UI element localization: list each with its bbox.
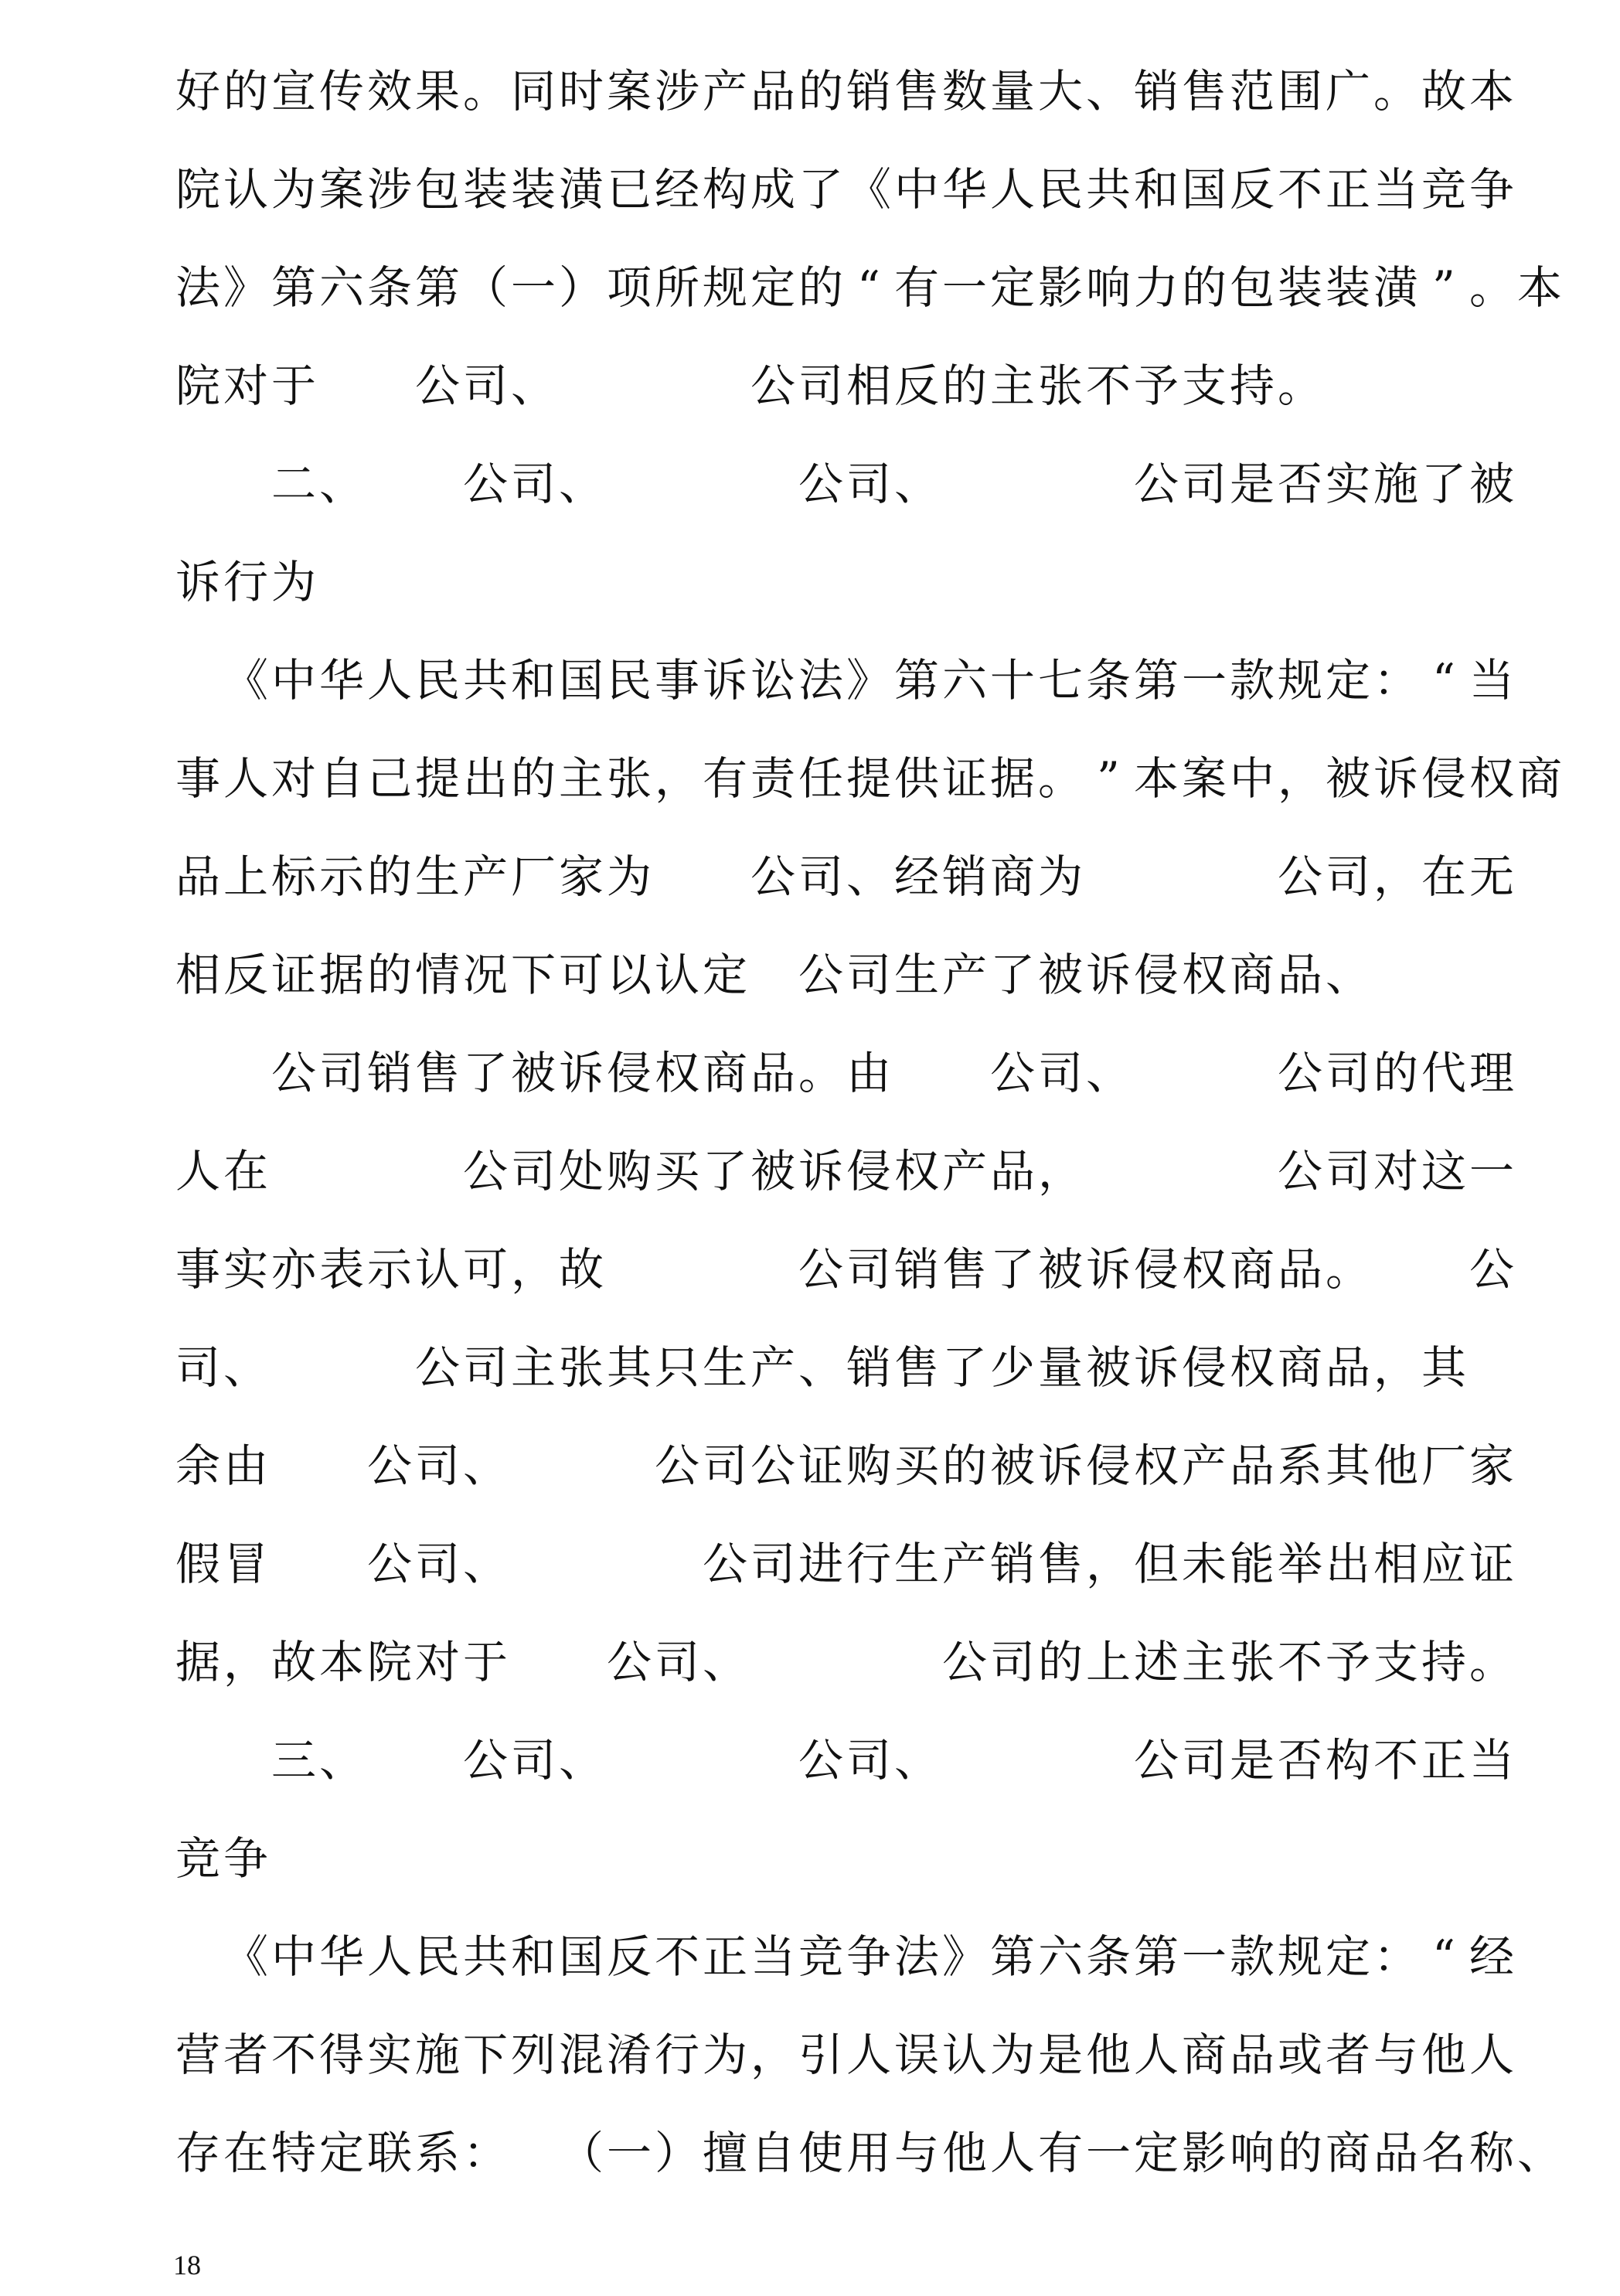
text-line: 品上标示的生产厂家为公司、经销商为公司，在无: [174, 827, 1516, 925]
text-segment: 公司、: [461, 1733, 605, 1787]
text-segment: 公司是否实施了被: [1132, 457, 1516, 511]
redacted-company-name: [605, 457, 797, 511]
text-segment: 公司、: [605, 1635, 749, 1689]
text-segment: 假冒: [174, 1537, 270, 1591]
text-segment: 公司相反的主张不予支持。: [749, 359, 1324, 413]
redacted-company-name: [270, 1439, 366, 1493]
text-segment: 营者不得实施下列混淆行为，引人误认为是他人商品或者与他人: [174, 2028, 1516, 2082]
text-segment: 公司、: [797, 1733, 941, 1787]
text-segment: 二、: [270, 457, 366, 511]
redacted-company-name: [557, 359, 749, 413]
text-line: 存在特定联系： （一）擅自使用与他人有一定影响的商品名称、: [174, 2104, 1516, 2202]
text-segment: 公司销售了被诉侵权商品。: [797, 1242, 1372, 1296]
text-segment: 公司，在无: [1276, 850, 1516, 904]
text-line: 法》第六条第（一）项所规定的“有一定影响力的包装装潢”。本: [174, 238, 1516, 336]
redacted-company-name: [366, 457, 461, 511]
redacted-company-name: [941, 1733, 1132, 1787]
text-segment: 公司的代理: [1276, 1046, 1516, 1100]
redacted-company-name: [653, 850, 749, 904]
text-segment: 公司主张其只生产、销售了少量被诉侵权商品，其: [414, 1340, 1468, 1395]
redacted-company-name: [1372, 1242, 1468, 1296]
text-segment: 公司销售了被诉侵权商品。由: [270, 1046, 893, 1100]
text-line: 人在公司处购买了被诉侵权产品，公司对这一: [174, 1122, 1516, 1220]
text-segment: 公司公证购买的被诉侵权产品系其他厂家: [653, 1439, 1516, 1493]
text-segment: 院对于: [174, 359, 318, 413]
text-segment: 公司、: [461, 457, 605, 511]
text-segment: 公司生产了被诉侵权商品、: [797, 948, 1372, 1002]
paragraph-indent: [174, 653, 222, 707]
text-segment: 相反证据的情况下可以认定: [174, 948, 749, 1002]
redacted-company-name: [893, 1046, 989, 1100]
text-segment: 竞争: [174, 1831, 270, 1886]
redacted-company-name: [318, 359, 414, 413]
text-line: 司、公司主张其只生产、销售了少量被诉侵权商品，其: [174, 1318, 1516, 1416]
text-segment: 公司是否构不正当: [1132, 1733, 1516, 1787]
text-line: 相反证据的情况下可以认定公司生产了被诉侵权商品、: [174, 925, 1516, 1024]
text-segment: 院认为案涉包装装潢已经构成了《中华人民共和国反不正当竞争: [174, 162, 1516, 216]
page-number: 18: [173, 2250, 201, 2281]
redacted-company-name: [749, 948, 797, 1002]
text-segment: 好的宣传效果。同时案涉产品的销售数量大、销售范围广。故本: [174, 64, 1516, 118]
redacted-company-name: [366, 1733, 461, 1787]
redacted-company-name: [1084, 1144, 1276, 1198]
paragraph-indent: [174, 457, 270, 511]
text-segment: 公司、: [989, 1046, 1132, 1100]
text-segment: 公司、经销商为: [749, 850, 1084, 904]
text-line: 余由公司、公司公证购买的被诉侵权产品系其他厂家: [174, 1416, 1516, 1514]
redacted-company-name: [605, 1242, 797, 1296]
redacted-company-name: [941, 457, 1132, 511]
text-line: 事实亦表示认可，故公司销售了被诉侵权商品。公: [174, 1220, 1516, 1318]
text-segment: 公司、: [414, 359, 557, 413]
redacted-company-name: [605, 1733, 797, 1787]
redacted-company-name: [174, 1046, 270, 1100]
text-line: 《中华人民共和国民事诉讼法》第六十七条第一款规定：“当: [174, 631, 1516, 729]
redacted-company-name: [749, 1635, 941, 1689]
text-line: 诉行为: [174, 533, 1516, 631]
redacted-company-name: [270, 1340, 414, 1395]
text-segment: 据，故本院对于: [174, 1635, 509, 1689]
text-line: 公司销售了被诉侵权商品。由公司、公司的代理: [174, 1024, 1516, 1122]
text-segment: 公司的上述主张不予支持。: [941, 1635, 1516, 1689]
text-line: 据，故本院对于公司、公司的上述主张不予支持。: [174, 1613, 1516, 1711]
text-segment: 《中华人民共和国民事诉讼法》第六十七条第一款规定：“当: [222, 653, 1516, 707]
redacted-company-name: [1132, 1046, 1276, 1100]
redacted-company-name: [509, 1439, 653, 1493]
text-segment: 事人对自己提出的主张，有责任提供证据。”本案中，被诉侵权商: [174, 751, 1564, 806]
document-page: 好的宣传效果。同时案涉产品的销售数量大、销售范围广。故本院认为案涉包装装潢已经构…: [0, 0, 1620, 2296]
text-segment: 公司、: [366, 1537, 509, 1591]
text-line: 假冒公司、公司进行生产销售，但未能举出相应证: [174, 1514, 1516, 1613]
text-segment: 公司、: [797, 457, 941, 511]
redacted-company-name: [1084, 850, 1276, 904]
text-segment: 三、: [270, 1733, 366, 1787]
judgment-body-text: 好的宣传效果。同时案涉产品的销售数量大、销售范围广。故本院认为案涉包装装潢已经构…: [174, 42, 1516, 2202]
text-segment: 公司、: [366, 1439, 509, 1493]
redacted-company-name: [270, 1537, 366, 1591]
text-line: 三、公司、公司、公司是否构不正当: [174, 1711, 1516, 1809]
text-segment: 余由: [174, 1439, 270, 1493]
text-line: 营者不得实施下列混淆行为，引人误认为是他人商品或者与他人: [174, 2005, 1516, 2104]
text-segment: 事实亦表示认可，故: [174, 1242, 605, 1296]
redacted-company-name: [509, 1537, 701, 1591]
text-segment: 公司处购买了被诉侵权产品，: [461, 1144, 1084, 1198]
text-line: 院认为案涉包装装潢已经构成了《中华人民共和国反不正当竞争: [174, 140, 1516, 238]
text-segment: 品上标示的生产厂家为: [174, 850, 653, 904]
paragraph-indent: [174, 1930, 222, 1984]
text-line: 《中华人民共和国反不正当竞争法》第六条第一款规定：“经: [174, 1907, 1516, 2005]
paragraph-indent: [174, 1733, 270, 1787]
text-line: 好的宣传效果。同时案涉产品的销售数量大、销售范围广。故本: [174, 42, 1516, 140]
redacted-company-name: [1372, 948, 1468, 1002]
text-segment: 诉行为: [174, 555, 318, 609]
text-segment: 公司对这一: [1276, 1144, 1516, 1198]
text-line: 事人对自己提出的主张，有责任提供证据。”本案中，被诉侵权商: [174, 729, 1516, 827]
text-line: 二、公司、公司、公司是否实施了被: [174, 434, 1516, 533]
text-segment: 《中华人民共和国反不正当竞争法》第六条第一款规定：“经: [222, 1930, 1516, 1984]
text-segment: 人在: [174, 1144, 270, 1198]
text-segment: 法》第六条第（一）项所规定的“有一定影响力的包装装潢”。本: [174, 261, 1564, 315]
redacted-company-name: [509, 1635, 605, 1689]
text-line: 院对于公司、公司相反的主张不予支持。: [174, 336, 1516, 434]
text-segment: 公司进行生产销售，但未能举出相应证: [701, 1537, 1516, 1591]
redacted-company-name: [270, 1144, 461, 1198]
text-segment: 司、: [174, 1340, 270, 1395]
text-segment: 存在特定联系： （一）擅自使用与他人有一定影响的商品名称、: [174, 2126, 1564, 2180]
text-segment: 公: [1468, 1242, 1516, 1296]
text-line: 竞争: [174, 1809, 1516, 1907]
